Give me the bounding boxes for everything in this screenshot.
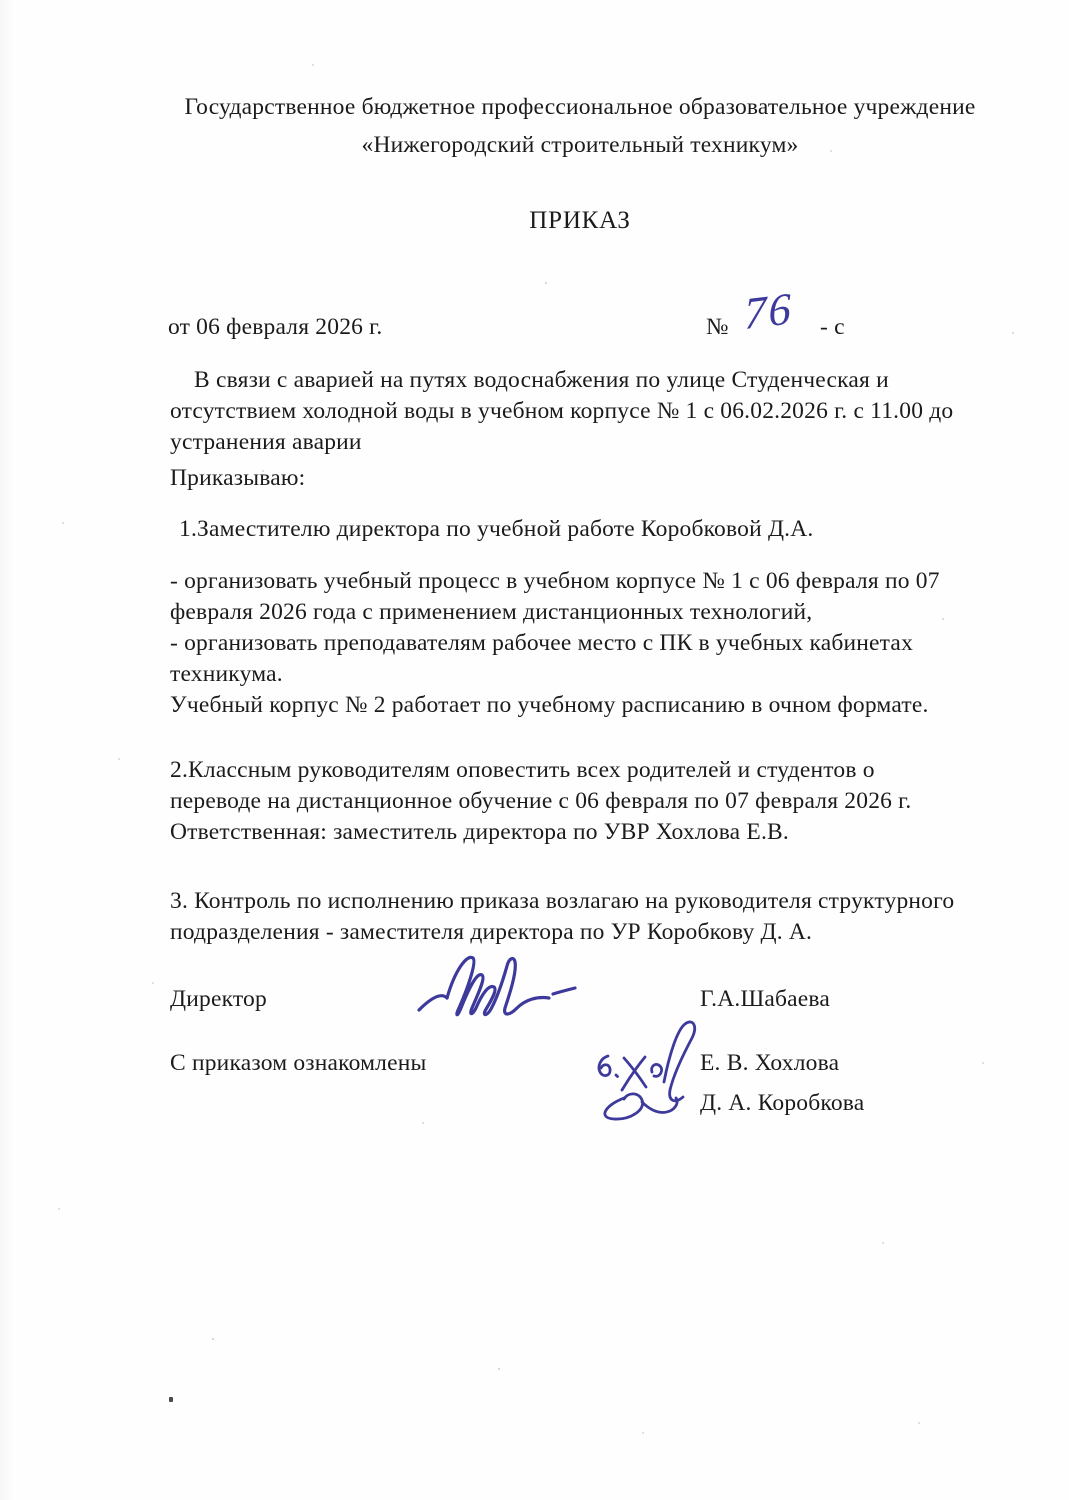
item1-line: техникума.: [170, 659, 940, 690]
scan-speck: [169, 1397, 173, 1402]
acknowledgement-name-1: Е. В. Хохлова: [700, 1048, 839, 1079]
order-word: Приказываю:: [170, 463, 305, 494]
acknowledgement-label: С приказом ознакомлены: [170, 1048, 427, 1079]
item2-line: переводе на дистанционное обучение с 06 …: [170, 786, 911, 817]
order-number-sign: №: [706, 312, 729, 343]
intro-line: отсутствием холодной воды в учебном корп…: [170, 396, 953, 427]
intro-line: устранения аварии: [170, 427, 953, 458]
item2-paragraph: 2.Классным руководителям оповестить всех…: [170, 755, 911, 848]
document-title: ПРИКАЗ: [170, 205, 990, 236]
order-number-handwritten: 76: [744, 286, 793, 337]
acknowledgement-name-2: Д. А. Коробкова: [700, 1088, 864, 1119]
item1-line: февраля 2026 года с применением дистанци…: [170, 597, 940, 628]
item3-line: подразделения - заместителя директора по…: [170, 917, 954, 948]
director-name: Г.А.Шабаева: [700, 984, 830, 1015]
item3-line: 3. Контроль по исполнению приказа возлаг…: [170, 886, 954, 917]
order-number-suffix: - с: [820, 312, 845, 343]
item1-line: - организовать учебный процесс в учебном…: [170, 566, 940, 597]
director-label: Директор: [170, 984, 267, 1015]
intro-paragraph: В связи с аварией на путях водоснабжения…: [170, 365, 953, 458]
item2-line: Ответственная: заместитель директора по …: [170, 817, 911, 848]
item2-line: 2.Классным руководителям оповестить всех…: [170, 755, 911, 786]
item1-line: - организовать преподавателям рабочее ме…: [170, 628, 940, 659]
intro-line: В связи с аварией на путях водоснабжения…: [170, 365, 953, 396]
director-signature: [415, 946, 585, 1031]
order-date: от 06 февраля 2026 г.: [168, 312, 382, 343]
item1-line: Учебный корпус № 2 работает по учебному …: [170, 690, 940, 721]
acknowledgement-signatures: [590, 1018, 710, 1128]
item1-details: - организовать учебный процесс в учебном…: [170, 566, 940, 721]
org-name-line1: Государственное бюджетное профессиональн…: [170, 92, 990, 123]
item1-title: 1.Заместителю директора по учебной работ…: [179, 514, 814, 545]
item3-paragraph: 3. Контроль по исполнению приказа возлаг…: [170, 886, 954, 948]
scan-noise: [0, 0, 2, 2]
scanned-order-page: Государственное бюджетное профессиональн…: [0, 0, 1069, 1500]
org-name-line2: «Нижегородский строительный техникум»: [170, 130, 990, 161]
